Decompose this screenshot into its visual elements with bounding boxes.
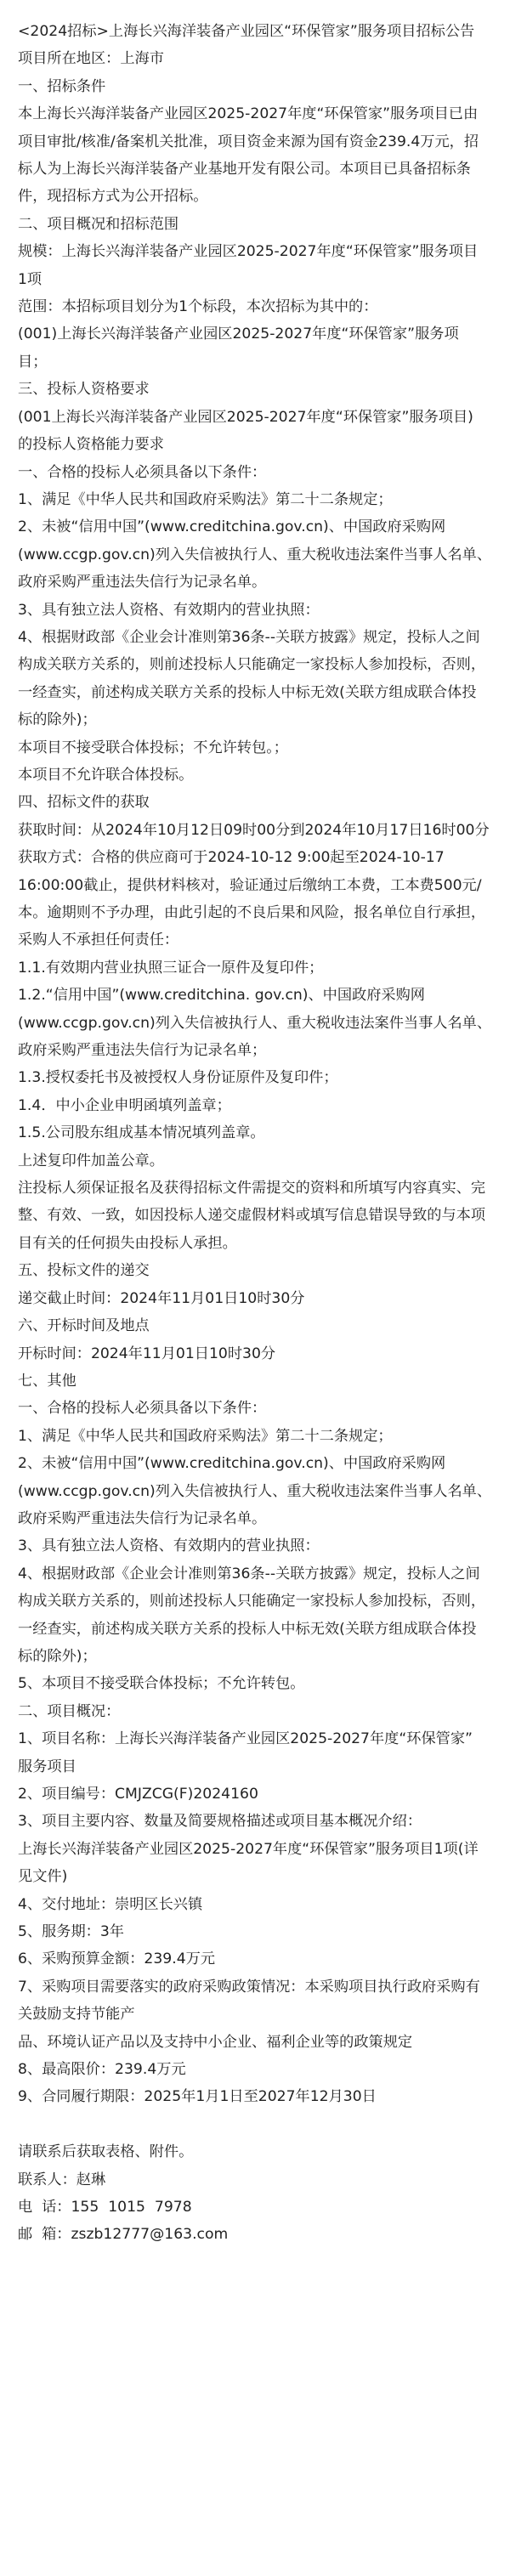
paragraph-line: 件，现招标方式为公开招标。 [18, 183, 512, 210]
max-price: 8、最高限价：239.4万元 [18, 2056, 512, 2083]
budget-amount: 6、采购预算金额：239.4万元 [18, 1945, 512, 1973]
section-heading-project-scope: 二、项目概况和招标范围 [18, 211, 512, 238]
paragraph-line: 7、采购项目需要落实的政府采购政策情况：本采购项目执行政府采购有 [18, 1973, 512, 2001]
paragraph-line: 1.1.有效期内营业执照三证合一原件及复印件； [18, 954, 512, 982]
paragraph-line: 二、项目概况： [18, 1698, 512, 1725]
paragraph-line: 本。逾期则不予办理，由此引起的不良后果和风险，报名单位自行承担， [18, 899, 512, 926]
paragraph-line: 上海长兴海洋装备产业园区2025-2027年度“环保管家”服务项目1项(详 [18, 1836, 512, 1863]
paragraph-line: 一经查实，前述构成关联方关系的投标人中标无效(关联方组成联合体投 [18, 679, 512, 706]
paragraph-line: 5、本项目不接受联合体投标；不允许转包。 [18, 1670, 512, 1697]
paragraph-line: 3、项目主要内容、数量及简要规格描述或项目基本概况介绍： [18, 1808, 512, 1835]
paragraph-line: 范围：本招标项目划分为1个标段，本次招标为其中的： [18, 293, 512, 320]
service-period: 5、服务期：3年 [18, 1918, 512, 1945]
paragraph-line: 政府采购严重违法失信行为记录名单。 [18, 569, 512, 596]
paragraph-line: 3、具有独立法人资格、有效期内的营业执照： [18, 1532, 512, 1560]
paragraph-line: 见文件) [18, 1863, 512, 1890]
contact-person: 联系人：赵琳 [18, 2166, 512, 2194]
submission-deadline: 递交截止时间：2024年11月01日10时30分 [18, 1285, 512, 1312]
paragraph-line: (001)上海长兴海洋装备产业园区2025-2027年度“环保管家”服务项 [18, 320, 512, 348]
paragraph-line: 1.5.公司股东组成基本情况填列盖章。 [18, 1119, 512, 1146]
paragraph-line: 获取方式：合格的供应商可于2024-10-12 9:00起至2024-10-17 [18, 844, 512, 871]
paragraph-line: 1.2.“信用中国”(www.creditchina. gov.cn)、中国政府… [18, 982, 512, 1009]
paragraph-line: 1.4．中小企业申明函填列盖章； [18, 1092, 512, 1119]
paragraph-line: 的投标人资格能力要求 [18, 431, 512, 458]
section-heading-bid-opening: 六、开标时间及地点 [18, 1312, 512, 1339]
paragraph-line: 一经查实，前述构成关联方关系的投标人中标无效(关联方组成联合体投 [18, 1616, 512, 1643]
paragraph-line: 2、未被“信用中国”(www.creditchina.gov.cn)、中国政府采… [18, 513, 512, 541]
paragraph-line: 注投标人须保证报名及获得招标文件需提交的资料和所填写内容真实、完 [18, 1175, 512, 1202]
paragraph-line: 本项目不接受联合体投标；不允许转包。； [18, 734, 512, 761]
paragraph-line: 政府采购严重违法失信行为记录名单； [18, 1037, 512, 1064]
paragraph-line: 获取时间：从2024年10月12日09时00分到2024年10月17日16时00… [18, 817, 512, 844]
project-number: 2、项目编号：CMJZCG(F)2024160 [18, 1781, 512, 1808]
paragraph-line: 2、未被“信用中国”(www.creditchina.gov.cn)、中国政府采… [18, 1450, 512, 1477]
delivery-address: 4、交付地址：崇明区长兴镇 [18, 1891, 512, 1918]
paragraph-line: 采购人不承担任何责任： [18, 926, 512, 954]
paragraph-line: 上述复印件加盖公章。 [18, 1147, 512, 1175]
contact-note: 请联系后获取表格、附件。 [18, 2138, 512, 2166]
paragraph-line: 1.3.授权委托书及被授权人身份证原件及复印件； [18, 1064, 512, 1091]
paragraph-line: 一、合格的投标人必须具备以下条件： [18, 1395, 512, 1422]
paragraph-line: 目； [18, 348, 512, 376]
paragraph-line: (www.ccgp.gov.cn)列入失信被执行人、重大税收违法案件当事人名单、 [18, 1478, 512, 1505]
paragraph-line: (www.ccgp.gov.cn)列入失信被执行人、重大税收违法案件当事人名单、 [18, 1010, 512, 1037]
paragraph-line: 构成关联方关系的，则前述投标人只能确定一家投标人参加投标，否则， [18, 651, 512, 678]
paragraph-line: 本项目不允许联合体投标。 [18, 761, 512, 789]
paragraph-line: 1、项目名称：上海长兴海洋装备产业园区2025-2027年度“环保管家” [18, 1725, 512, 1752]
paragraph-line: (001上海长兴海洋装备产业园区2025-2027年度“环保管家”服务项目) [18, 404, 512, 431]
section-heading-document-acquisition: 四、招标文件的获取 [18, 789, 512, 816]
paragraph-line: 构成关联方关系的，则前述投标人只能确定一家投标人参加投标，否则， [18, 1588, 512, 1615]
section-heading-bidding-conditions: 一、招标条件 [18, 73, 512, 100]
paragraph-line: 16:00:00截止，提供材料核对，验证通过后缴纳工本费，工本费500元/ [18, 872, 512, 899]
paragraph-line: 4、根据财政部《企业会计准则第36条--关联方披露》规定，投标人之间 [18, 624, 512, 651]
section-heading-bid-submission: 五、投标文件的递交 [18, 1257, 512, 1284]
contact-phone: 电 话：155 1015 7978 [18, 2194, 512, 2221]
paragraph-line: 3、具有独立法人资格、有效期内的营业执照： [18, 597, 512, 624]
paragraph-line: (www.ccgp.gov.cn)列入失信被执行人、重大税收违法案件当事人名单、 [18, 541, 512, 569]
paragraph-line: 政府采购严重违法失信行为记录名单。 [18, 1505, 512, 1532]
paragraph-line: 关鼓励支持节能产 [18, 2001, 512, 2028]
announcement-document: <2024招标>上海长兴海洋装备产业园区“环保管家”服务项目招标公告 项目所在地… [0, 0, 527, 2249]
spacer [18, 2111, 512, 2138]
project-region: 项目所在地区：上海市 [18, 45, 512, 72]
paragraph-line: 一、合格的投标人必须具备以下条件： [18, 459, 512, 486]
paragraph-line: 规模：上海长兴海洋装备产业园区2025-2027年度“环保管家”服务项目 [18, 238, 512, 265]
paragraph-line: 标的除外)； [18, 1643, 512, 1670]
paragraph-line: 1、满足《中华人民共和国政府采购法》第二十二条规定； [18, 486, 512, 513]
paragraph-line: 品、环境认证产品以及支持中小企业、福利企业等的政策规定 [18, 2029, 512, 2056]
bid-opening-time: 开标时间：2024年11月01日10时30分 [18, 1340, 512, 1367]
contact-email: 邮 箱：zszb12777@163.com [18, 2221, 512, 2248]
contract-period: 9、合同履行期限：2025年1月1日至2027年12月30日 [18, 2083, 512, 2110]
paragraph-line: 本上海长兴海洋装备产业园区2025-2027年度“环保管家”服务项目已由 [18, 100, 512, 127]
section-heading-bidder-qualifications: 三、投标人资格要求 [18, 376, 512, 403]
document-title: <2024招标>上海长兴海洋装备产业园区“环保管家”服务项目招标公告 [18, 18, 512, 45]
paragraph-line: 4、根据财政部《企业会计准则第36条--关联方披露》规定，投标人之间 [18, 1560, 512, 1588]
section-heading-other: 七、其他 [18, 1367, 512, 1395]
paragraph-line: 1项 [18, 266, 512, 293]
paragraph-line: 标的除外)； [18, 706, 512, 733]
paragraph-line: 整、有效、一致，如因投标人递交虚假材料或填写信息错误导致的与本项 [18, 1202, 512, 1229]
paragraph-line: 目有关的任何损失由投标人承担。 [18, 1230, 512, 1257]
paragraph-line: 标人为上海长兴海洋装备产业基地开发有限公司。本项目已具备招标条 [18, 156, 512, 183]
paragraph-line: 1、满足《中华人民共和国政府采购法》第二十二条规定； [18, 1423, 512, 1450]
paragraph-line: 服务项目 [18, 1753, 512, 1781]
paragraph-line: 项目审批/核准/备案机关批准，项目资金来源为国有资金239.4万元，招 [18, 128, 512, 156]
